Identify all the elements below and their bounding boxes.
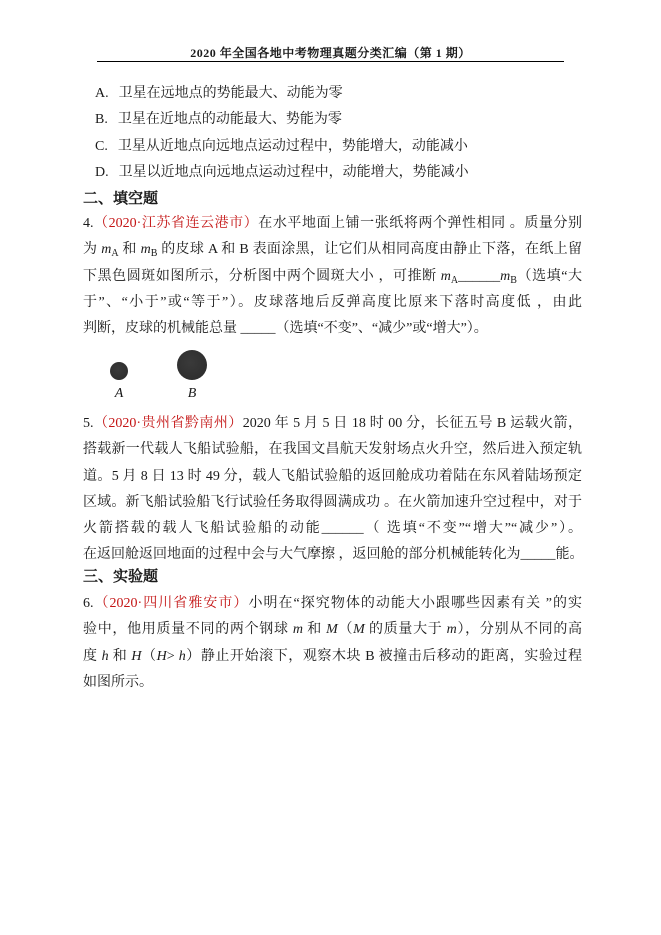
- text-segment: 和: [109, 649, 132, 664]
- text-segment: 搭载新一代载人飞船试验船，在我国文昌航天发射场点火升空，然后进入预定轨: [83, 442, 582, 457]
- source-year-city-tag: （2020·江苏省连云港市）: [94, 216, 259, 231]
- option-letter: C.: [95, 139, 108, 154]
- source-year-city-tag: （2020·贵州省黔南州）: [94, 416, 243, 431]
- question-5-line: 区域。新飞船试验船飞行试验任务取得圆满成功 。在火箭加速升空过程中，对于: [83, 490, 582, 516]
- question-4-line: 下黑色圆斑如图所示，分析图中两个圆斑大小 ，可推断 mA______mB（选填“…: [83, 264, 582, 290]
- text-segment: 度: [83, 649, 102, 664]
- question-6-line: 验中，他用质量不同的两个钢球 m 和 M（M 的质量大于 m），分别从不同的高: [83, 617, 582, 643]
- math-subscript: A: [111, 248, 118, 259]
- question-4-line: 4.（2020·江苏省连云港市）在水平地面上铺一张纸将两个弹性相同 。质量分别: [83, 211, 582, 237]
- option-letter: A.: [95, 86, 109, 101]
- question-6-line: 度 h 和 H（H> h）静止开始滚下，观察木块 B 被撞击后移动的距离，实验过…: [83, 644, 582, 670]
- text-segment: 和: [119, 242, 141, 257]
- question-6-line: 如图所示。: [83, 670, 582, 696]
- ball-label-a: A: [109, 386, 129, 402]
- question-4: 4.（2020·江苏省连云港市）在水平地面上铺一张纸将两个弹性相同 。质量分别为…: [83, 211, 582, 342]
- section-heading-fill-in: 二、填空题: [83, 186, 582, 212]
- text-segment: ）静止开始滚下，观察木块 B 被撞击后移动的距离，实验过程: [186, 649, 582, 664]
- text-segment: 的质量大于: [365, 622, 447, 637]
- math-variable: H: [131, 649, 141, 664]
- math-variable: m: [500, 269, 510, 284]
- text-segment: 在返回舱返回地面的过程中会与大气摩擦 ，返回舱的部分机械能转化为_____能。: [83, 547, 584, 562]
- text-segment: 小明在“探究物体的动能大小跟哪些因素有关 ”的实: [248, 596, 582, 611]
- text-segment: 道。5 月 8 日 13 时 49 分，载人飞船试验船的返回舱成功着陆在东风着陆…: [83, 469, 582, 484]
- math-variable: M: [353, 622, 365, 637]
- text-segment: 卫星以近地点向远地点运动过程中，动能增大，势能减小: [119, 165, 469, 180]
- text-segment: 卫星从近地点向远地点运动过程中，势能增大，动能减小: [118, 139, 468, 154]
- text-segment: 下黑色圆斑如图所示，分析图中两个圆斑大小 ，可推断: [83, 269, 441, 284]
- text-segment: 在水平地面上铺一张纸将两个弹性相同 。质量分别: [258, 216, 582, 231]
- text-segment: 卫星在远地点的势能最大、动能为零: [119, 86, 343, 101]
- ball-mark-b: [177, 350, 207, 380]
- text-segment: >: [167, 649, 179, 664]
- header-rule: [97, 61, 564, 62]
- figure-ball-marks: AB: [83, 345, 303, 409]
- text-segment: 于”、“小于”或“等于”）。皮球落地后反弹高度比原来下落时高度低 ，由此: [83, 295, 582, 310]
- option-letter: D.: [95, 165, 109, 180]
- math-variable: m: [101, 242, 111, 257]
- text-segment: 火箭搭载的载人飞船试验船的动能______（ 选填“不变”“增大”“减少”）。: [83, 521, 582, 536]
- choice-options: A.卫星在远地点的势能最大、动能为零B.卫星在近地点的动能最大、势能为零C.卫星…: [95, 81, 565, 186]
- question-4-line: 于”、“小于”或“等于”）。皮球落地后反弹高度比原来下落时高度低 ，由此: [83, 290, 582, 316]
- ball-mark-a: [110, 362, 128, 380]
- question-5-line: 火箭搭载的载人飞船试验船的动能______（ 选填“不变”“增大”“减少”）。: [83, 516, 582, 542]
- math-variable: h: [179, 649, 186, 664]
- question-6-line: 6.（2020·四川省雅安市）小明在“探究物体的动能大小跟哪些因素有关 ”的实: [83, 591, 582, 617]
- question-5-line: 5.（2020·贵州省黔南州）2020 年 5 月 5 日 18 时 00 分，…: [83, 411, 582, 437]
- text-segment: 的皮球 A 和 B 表面涂黑，让它们从相同高度由静止下落，在纸上留: [157, 242, 582, 257]
- text-segment: 为: [83, 242, 101, 257]
- math-variable: m: [441, 269, 451, 284]
- math-subscript: B: [510, 275, 517, 286]
- text-segment: 6.: [83, 596, 94, 611]
- question-5: 5.（2020·贵州省黔南州）2020 年 5 月 5 日 18 时 00 分，…: [83, 411, 582, 569]
- text-segment: 4.: [83, 216, 94, 231]
- choice-option: D.卫星以近地点向远地点运动过程中，动能增大，势能减小: [95, 160, 565, 186]
- math-subscript: A: [451, 275, 458, 286]
- math-variable: h: [102, 649, 109, 664]
- question-6: 6.（2020·四川省雅安市）小明在“探究物体的动能大小跟哪些因素有关 ”的实验…: [83, 591, 582, 696]
- text-segment: 卫星在近地点的动能最大、势能为零: [118, 112, 342, 127]
- question-4-line: 为 mA 和 mB 的皮球 A 和 B 表面涂黑，让它们从相同高度由静止下落，在…: [83, 237, 582, 263]
- text-segment: 如图所示。: [83, 675, 153, 690]
- math-variable: m: [447, 622, 457, 637]
- page-header-title: 2020 年全国各地中考物理真题分类汇编（第 1 期）: [0, 44, 661, 61]
- text-segment: 验中，他用质量不同的两个钢球: [83, 622, 293, 637]
- question-5-line: 道。5 月 8 日 13 时 49 分，载人飞船试验船的返回舱成功着陆在东风着陆…: [83, 464, 582, 490]
- text-segment: 和: [303, 622, 326, 637]
- ball-label-b: B: [182, 386, 202, 402]
- choice-option: A.卫星在远地点的势能最大、动能为零: [95, 81, 565, 107]
- text-segment: （: [338, 622, 353, 637]
- text-segment: 2020 年 5 月 5 日 18 时 00 分，长征五号 B 运载火箭，: [243, 416, 582, 431]
- option-letter: B.: [95, 112, 108, 127]
- section-heading-experiment: 三、实验题: [83, 564, 582, 590]
- text-segment: 5.: [83, 416, 94, 431]
- math-variable: H: [157, 649, 167, 664]
- text-segment: ______: [458, 269, 500, 284]
- text-segment: （选填“大: [517, 269, 582, 284]
- text-segment: ），分别从不同的高: [457, 622, 582, 637]
- choice-option: B.卫星在近地点的动能最大、势能为零: [95, 107, 565, 133]
- source-year-city-tag: （2020·四川省雅安市）: [94, 596, 249, 611]
- math-variable: m: [293, 622, 303, 637]
- document-page: 2020 年全国各地中考物理真题分类汇编（第 1 期） A.卫星在远地点的势能最…: [0, 0, 661, 935]
- question-5-line: 搭载新一代载人飞船试验船，在我国文昌航天发射场点火升空，然后进入预定轨: [83, 437, 582, 463]
- math-variable: M: [326, 622, 338, 637]
- math-variable: m: [141, 242, 151, 257]
- text-segment: 区域。新飞船试验船飞行试验任务取得圆满成功 。在火箭加速升空过程中，对于: [83, 495, 582, 510]
- choice-option: C.卫星从近地点向远地点运动过程中，势能增大，动能减小: [95, 134, 565, 160]
- text-segment: 判断，皮球的机械能总量 _____（选填“不变”、“减少”或“增大”）。: [83, 321, 488, 336]
- question-4-line: 判断，皮球的机械能总量 _____（选填“不变”、“减少”或“增大”）。: [83, 316, 582, 342]
- math-subscript: B: [151, 248, 158, 259]
- text-segment: （: [141, 649, 156, 664]
